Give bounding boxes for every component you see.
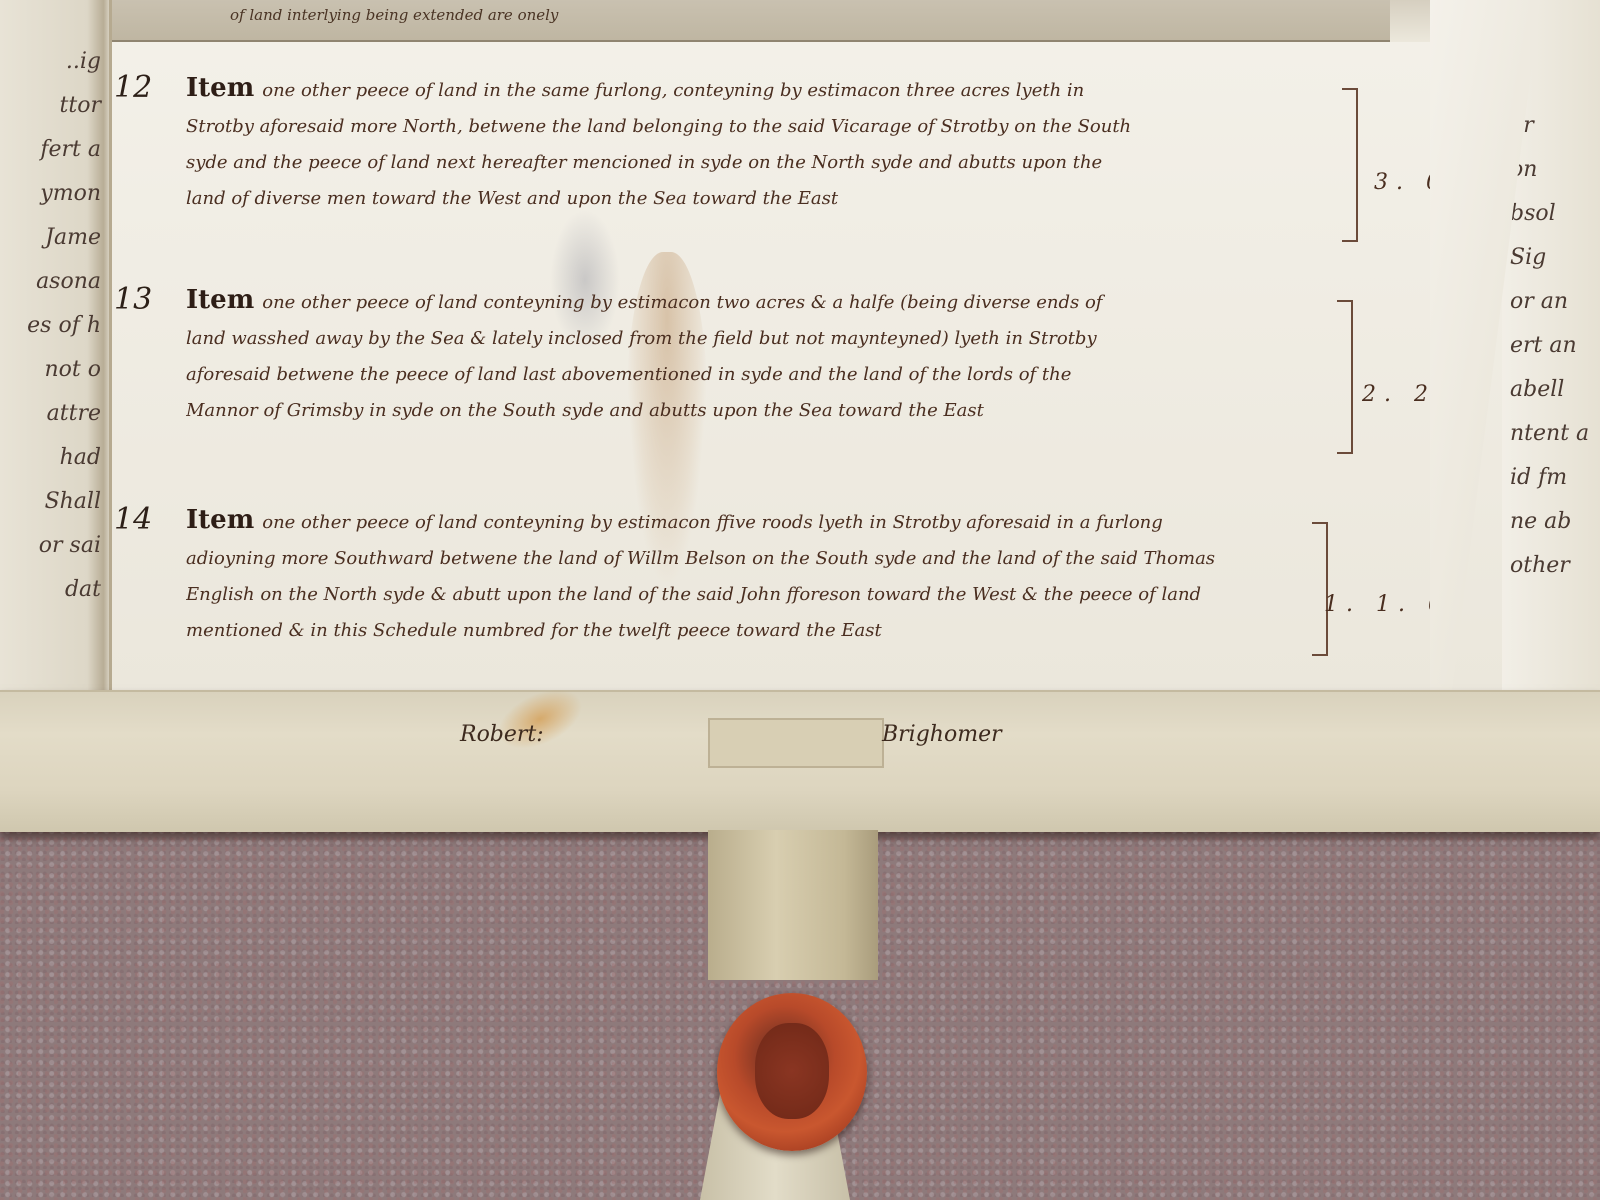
entry-line: English on the North syde & abutt upon t…	[186, 577, 1351, 613]
margin-fragment: fert a	[0, 128, 109, 172]
margin-fragment: dat	[0, 568, 109, 612]
margin-fragment: ne ab	[1500, 500, 1600, 544]
top-fold-strip: of land interlying being extended are on…	[110, 0, 1390, 42]
margin-fragment: attre	[0, 392, 109, 436]
seal-impression-icon	[755, 1023, 829, 1119]
orange-stain	[489, 677, 592, 760]
entry-number: 14	[114, 502, 152, 537]
item-word: Item	[186, 285, 254, 315]
entry-text: Itemone other peece of land conteyning b…	[186, 502, 1351, 649]
margin-fragment: ttor	[0, 84, 109, 128]
entry-text: Itemone other peece of land conteyning b…	[186, 282, 1351, 429]
entry-line: one other peece of land conteyning by es…	[262, 512, 1163, 533]
schedule-sheet: 12 Itemone other peece of land in the sa…	[112, 42, 1502, 692]
entry-text: Itemone other peece of land in the same …	[186, 70, 1351, 217]
item-word: Item	[186, 73, 254, 103]
entry-number: 12	[114, 70, 152, 105]
entry-line: adioyning more Southward betwene the lan…	[186, 541, 1351, 577]
margin-fragment: or sai	[0, 524, 109, 568]
margin-fragment: ert an	[1500, 324, 1600, 368]
margin-fragment: had	[0, 436, 109, 480]
margin-fragment: ymon	[0, 172, 109, 216]
entry-line: aforesaid betwene the peece of land last…	[186, 357, 1351, 393]
margin-fragment: Shall	[0, 480, 109, 524]
value-bracket	[1342, 88, 1358, 242]
value-bracket	[1337, 300, 1353, 454]
margin-fragment: Jame	[0, 216, 109, 260]
parchment-seal-tag	[708, 830, 878, 980]
entry-line: one other peece of land conteyning by es…	[262, 292, 1102, 313]
margin-fragment: other	[1500, 544, 1600, 588]
margin-fragment: or an	[1500, 280, 1600, 324]
margin-fragment: abell	[1500, 368, 1600, 412]
entry-line: one other peece of land in the same furl…	[262, 80, 1084, 101]
left-margin-fold: ..ig ttor fert a ymon Jame asona es of h…	[0, 0, 112, 690]
entry-line: land wasshed away by the Sea & lately in…	[186, 321, 1351, 357]
entry-number: 13	[114, 282, 152, 317]
margin-fragment: ntent a	[1500, 412, 1600, 456]
value-bracket	[1312, 522, 1328, 656]
signature-first-name: Robert:	[460, 722, 544, 747]
margin-fragment: id fm	[1500, 456, 1600, 500]
seal-tag-slot	[708, 718, 884, 768]
entry-value: 2. 2	[1362, 382, 1436, 407]
entry-line: mentioned & in this Schedule numbred for…	[186, 613, 1351, 649]
entry-line: Strotby aforesaid more North, betwene th…	[186, 109, 1351, 145]
wax-seal	[717, 993, 867, 1151]
margin-fragment: ..ig	[0, 40, 109, 84]
margin-fragment: not o	[0, 348, 109, 392]
margin-fragment: bsol	[1500, 192, 1600, 236]
item-word: Item	[186, 505, 254, 535]
bottom-turn-up-fold: Robert: Brighomer	[0, 690, 1600, 832]
parchment-document: of land interlying being extended are on…	[0, 0, 1600, 700]
entry-line: Mannor of Grimsby in syde on the South s…	[186, 393, 1351, 429]
margin-fragment: asona	[0, 260, 109, 304]
margin-fragment: Sig	[1500, 236, 1600, 280]
entry-line: land of diverse men toward the West and …	[186, 181, 1351, 217]
entry-line: syde and the peece of land next hereafte…	[186, 145, 1351, 181]
margin-fragment: es of h	[0, 304, 109, 348]
signature-surname: Brighomer	[882, 722, 1002, 747]
top-strip-text: of land interlying being extended are on…	[230, 6, 558, 24]
